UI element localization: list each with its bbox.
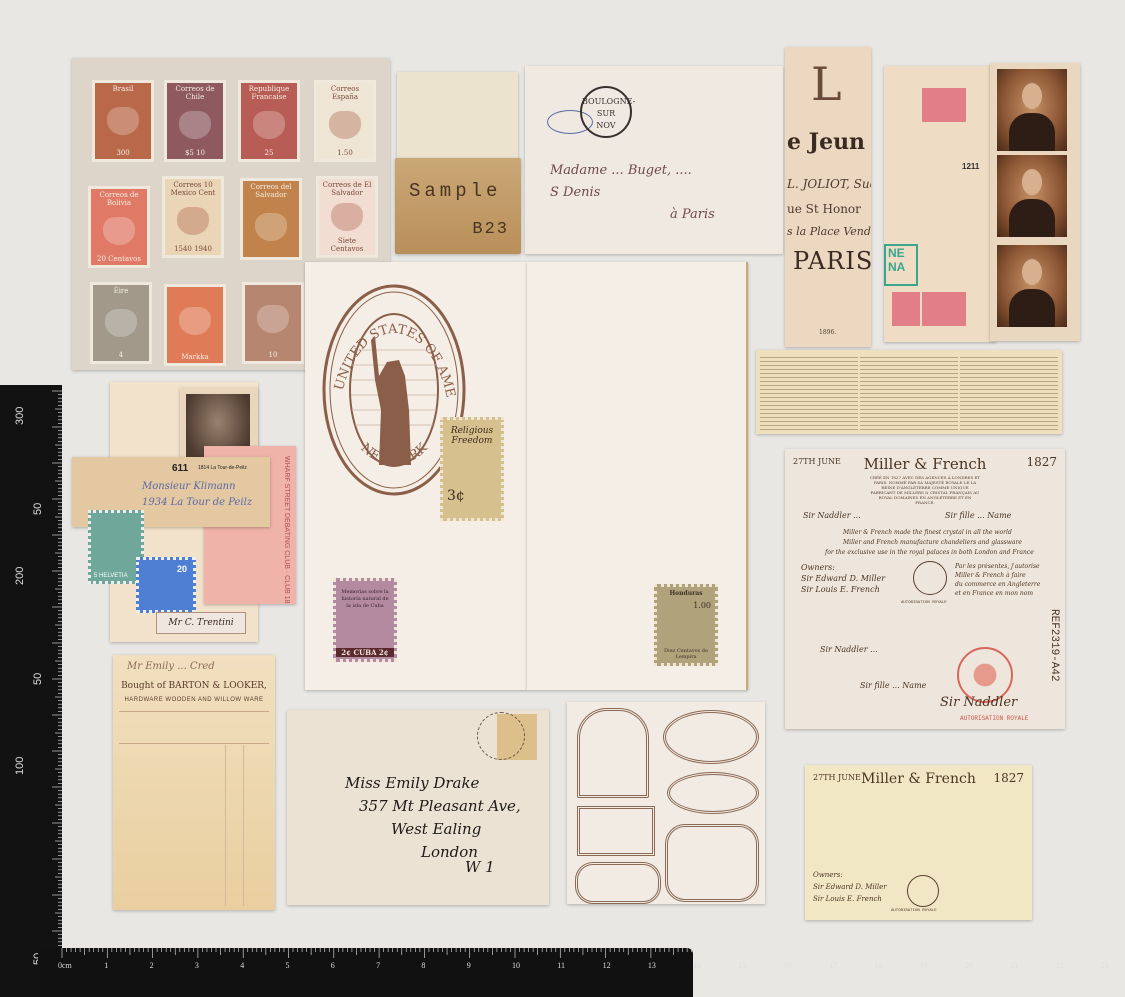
ornate-frame-icon xyxy=(577,806,655,856)
strip-title: e Jeun xyxy=(787,129,865,155)
parcel-place: 1814 La Tour-de-Peilz xyxy=(198,465,247,471)
portrait-photo-strip xyxy=(990,63,1080,341)
strip-line: s la Place Vend xyxy=(787,225,871,238)
ruler-label: 12 xyxy=(603,961,611,970)
parcel-form: 1211 NENA xyxy=(884,66,996,342)
pink-stamp xyxy=(892,292,920,326)
cert-script: Sir Naddler ... xyxy=(820,645,878,654)
decorative-frames-sheet xyxy=(567,702,765,904)
invoice-handwriting: Mr Emily ... Cred xyxy=(127,661,215,672)
postage-stamp: Correos 10 Mexico Cent1540 1940 xyxy=(162,176,224,258)
pink-stamp xyxy=(922,88,966,122)
postage-stamp: 10 xyxy=(242,282,304,364)
invoice-header: Bought of BARTON & LOOKER, xyxy=(113,681,275,691)
honduras-stamp: Honduras 1.00 Diez Centavos de Lempira xyxy=(654,584,718,666)
miller-french-certificate-small: 27TH JUNE Miller & French 1827 Owners: S… xyxy=(805,765,1032,920)
cert-script: Sir fille ... Name xyxy=(860,681,926,690)
cert-script: Sir fille ... Name xyxy=(945,511,1011,520)
cert-script: Sir Naddler ... xyxy=(803,511,861,520)
portrait-photo xyxy=(997,245,1067,327)
cuba-stamp: Memorias sobre la historia natural de la… xyxy=(333,578,397,662)
postmark-month: NOV xyxy=(596,121,615,130)
cert-body: for the exclusive use in the royal palac… xyxy=(825,549,1034,556)
postage-stamp: Correos de Bolivia20 Centavos xyxy=(88,186,150,268)
cert-right-text: Miller & French à faire xyxy=(955,572,1026,579)
postage-stamp: Correos del Salvador xyxy=(240,178,302,260)
cancel-mark-icon xyxy=(477,712,525,760)
ruler-label: 14 xyxy=(693,961,701,970)
ruler-label: 11 xyxy=(557,961,565,970)
postage-stamp: Correos España1.50 xyxy=(314,80,376,162)
ruler-label: 8 xyxy=(421,961,425,970)
barton-looker-invoice: Mr Emily ... Cred Bought of BARTON & LOO… xyxy=(113,655,275,910)
ruler-label: 17 xyxy=(829,961,837,970)
postage-stamp: Correos de Chile$5 10 xyxy=(164,80,226,162)
cert-owners-label: Owners: xyxy=(801,563,835,572)
cert-right-text: et en France en mon nom xyxy=(955,590,1033,597)
cert-year: 1827 xyxy=(1026,455,1057,469)
ruler-label: 23 xyxy=(1101,961,1109,970)
newspaper-clipping xyxy=(756,350,1062,434)
ornate-frame-icon xyxy=(575,862,661,904)
ruler-label: 3 xyxy=(195,961,199,970)
french-envelope: BOULOGNE-SURNOV Madame ... Buget, .... S… xyxy=(525,66,783,254)
ruler-label: 300 xyxy=(14,407,26,425)
ruler-label: 9 xyxy=(467,961,471,970)
booklet-right-page: Honduras 1.00 Diez Centavos de Lempira xyxy=(527,262,748,690)
ruler-label: 13 xyxy=(648,961,656,970)
green-stamp: NENA xyxy=(884,244,918,286)
postage-stamp: Brasil300 xyxy=(92,80,154,162)
booklet-left-page: UNITED STATES OF AMERICA NEW YORK Religi… xyxy=(305,262,527,690)
postage-stamp: Republique Francaise25 xyxy=(238,80,300,162)
form-number: 1211 xyxy=(962,162,979,171)
pink-card-text: WHARF STREET DEBATING CLUB · CLUB 18 xyxy=(283,456,290,604)
cert-right-text: du commerce en Angleterre xyxy=(955,581,1040,588)
cert-auth-small: AUTORISATION ROYALE xyxy=(901,601,947,605)
ruler-label: 18 xyxy=(874,961,882,970)
envelope-address: Miss Emily Drake 357 Mt Pleasant Ave, We… xyxy=(345,772,521,879)
cert-fine-print: CRÉÉ EN 1827 AVEC DES AGENCES À LONDRES … xyxy=(869,475,981,505)
cert-right-text: Par les présentes, j'autorise xyxy=(955,563,1040,570)
ruler-label: 5 xyxy=(286,961,290,970)
postmark-text: BOULOGNE-SUR xyxy=(582,97,635,118)
ruler-label: 100 xyxy=(14,757,26,775)
cert-owner: Sir Edward D. Miller xyxy=(801,574,885,583)
emily-drake-envelope: Miss Emily Drake 357 Mt Pleasant Ave, We… xyxy=(287,710,549,905)
ruler-label: 15 xyxy=(739,961,747,970)
postage-stamp: Éire4 xyxy=(90,282,152,364)
address-line: S Denis xyxy=(550,182,715,204)
ruler-label: 21 xyxy=(1010,961,1018,970)
pink-stamp xyxy=(922,292,966,326)
ornate-frame-icon xyxy=(577,708,649,798)
horizontal-ruler[interactable]: 0cm 123456789101112131415161718192021222… xyxy=(38,948,693,997)
cert-year: 1827 xyxy=(993,771,1024,785)
address-line: Madame ... Buget, .... xyxy=(550,160,715,182)
portrait-photo xyxy=(997,155,1067,237)
portrait-photo xyxy=(997,69,1067,151)
sample-code: B23 xyxy=(472,220,509,239)
strip-city: PARIS xyxy=(793,247,871,275)
cert-auth-red: AUTORISATION ROYALE xyxy=(960,715,1028,722)
cert-signature: Sir Naddler xyxy=(940,695,1017,710)
ruler-label: 6 xyxy=(331,961,335,970)
ornate-frame-icon xyxy=(665,824,759,902)
ruler-label: 50 xyxy=(32,503,44,515)
ruler-label: 20 xyxy=(965,961,973,970)
parcel-handwriting: Monsieur Klimann 1934 La Tour de Peilz xyxy=(142,479,252,511)
invoice-goods: HARDWARE WOODEN AND WILLOW WARE xyxy=(113,697,275,703)
cert-body: Miller and French manufacture chandelier… xyxy=(843,539,1022,546)
postage-stamp: Markka xyxy=(164,284,226,366)
ruler-label: 2 xyxy=(150,961,154,970)
monogram: L xyxy=(811,57,842,111)
sample-label: Sample xyxy=(409,180,501,202)
strip-line: L. JOLIOT, Suc xyxy=(787,177,871,191)
ruler-label: 1 xyxy=(104,961,108,970)
cert-owner: Sir Edward D. Miller xyxy=(813,883,887,891)
cert-owner: Sir Louis E. French xyxy=(813,895,882,903)
miller-french-certificate-large: 27TH JUNE Miller & French 1827 CRÉÉ EN 1… xyxy=(785,449,1065,729)
ruler-ticks-icon xyxy=(38,948,693,997)
cert-title: Miller & French xyxy=(785,455,1065,473)
ornate-frame-icon xyxy=(667,772,759,814)
parcel-number: 611 xyxy=(172,463,188,474)
paris-label-strip: L e Jeun L. JOLIOT, Suc ue St Honor s la… xyxy=(785,47,871,347)
cert-owners-label: Owners: xyxy=(813,871,843,879)
envelope-address: Madame ... Buget, .... S Denis à Paris xyxy=(550,160,715,226)
sample-pocket: Sample B23 xyxy=(395,158,521,254)
ornate-frame-icon xyxy=(663,710,759,764)
strip-line: ue St Honor xyxy=(787,202,861,216)
ruler-ticks-icon xyxy=(0,385,62,997)
helvetia-blue-stamp: 20 xyxy=(136,557,196,613)
cert-owner: Sir Louis E. French xyxy=(801,585,880,594)
religious-freedom-stamp: Religious Freedom 3¢ xyxy=(440,417,504,521)
vertical-ruler[interactable]: 501005020050300 xyxy=(0,385,62,997)
ruler-label: 10 xyxy=(512,961,520,970)
cert-seal-icon xyxy=(913,561,947,595)
cert-seal-icon xyxy=(907,875,939,907)
postmark: BOULOGNE-SURNOV xyxy=(580,86,632,138)
ruler-label: 7 xyxy=(376,961,380,970)
cert-auth: AUTORISATION ROYALE xyxy=(891,909,937,913)
ruler-label: 200 xyxy=(14,567,26,585)
postage-stamp: Correos de El SalvadorSiete Centavos xyxy=(316,176,378,258)
strip-year: 1896. xyxy=(819,329,836,336)
ruler-label: 50 xyxy=(32,673,44,685)
ruler-label: 19 xyxy=(920,961,928,970)
ruler-label: 16 xyxy=(784,961,792,970)
cert-body: Miller & French made the finest crystal … xyxy=(843,529,1012,536)
address-line: à Paris xyxy=(550,204,715,226)
ruler-label: 22 xyxy=(1056,961,1064,970)
cert-reference: REF2319-A42 xyxy=(1048,609,1060,682)
ruler-label: 4 xyxy=(240,961,244,970)
ruler-unit: 0cm xyxy=(58,961,72,970)
name-label: Mr C. Trentini xyxy=(156,612,246,634)
